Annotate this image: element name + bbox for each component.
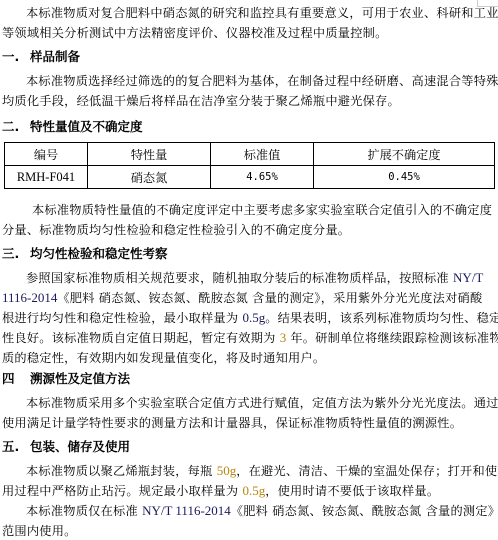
- intro-line-1: 本标准物质对复合肥料中硝态氮的研究和监控具有重要意义，可用于农业、科研和工业: [2, 3, 496, 23]
- section-3-line-3: 根进行均匀性和稳定性检验，最小取样量为 0.5g。结果表明，该系列标准物质均匀性…: [2, 308, 496, 328]
- section-1-heading: 一.样品制备: [2, 48, 80, 66]
- standard-reference: NY/T 1116-2014: [142, 503, 231, 518]
- table-header-cell: 标准值: [211, 143, 314, 166]
- section-2-line-1: 本标准物质特性量值的不确定度评定中主要考虑多家实验室联合定值引入的不确定度: [2, 200, 496, 220]
- section-1-paragraph: 本标准物质选择经过筛选的的复合肥料为基体，在制备过程中经研磨、高速混合等特殊 均…: [2, 71, 496, 111]
- section-5-line-1: 本标准物质以聚乙烯瓶封装，每瓶 50g，在避光、清洁、干燥的室温处保存；打开和使: [2, 461, 496, 481]
- section-5-line-3: 本标准物质仅在标准 NY/T 1116-2014《肥料 硝态氮、铵态氮、酰胺态氮…: [2, 501, 496, 521]
- section-2-paragraph: 本标准物质特性量值的不确定度评定中主要考虑多家实验室联合定值引入的不确定度 分量…: [2, 200, 496, 240]
- section-3-line-2: 1116-2014《肥料 硝态氮、铵态氮、酰胺态氮 含量的测定》，采用紫外分光光…: [2, 288, 496, 308]
- section-4-line-2: 使用满足计量学特性要求的测量方法和计量器具，保证标准物质特性量值的溯源性。: [2, 413, 496, 433]
- standard-reference: NY/T: [453, 270, 483, 285]
- section-3-line-1: 参照国家标准物质相关规范要求，随机抽取分装后的标准物质样品，按照标准 NY/T: [2, 268, 496, 288]
- bottle-weight: 50g: [217, 463, 237, 478]
- table-row: RMH-F041 硝态氮 4.65% 0.45%: [5, 166, 495, 189]
- section-1-number: 一.: [2, 48, 30, 66]
- section-1-line-1: 本标准物质选择经过筛选的的复合肥料为基体，在制备过程中经研磨、高速混合等特殊: [2, 71, 496, 91]
- section-5-line-4: 范围内使用。: [2, 521, 496, 540]
- section-1-line-2: 均质化手段，经低温干燥后将样品在洁净室分装于聚乙烯瓶中避光保存。: [2, 91, 496, 111]
- table-cell-code: RMH-F041: [5, 166, 88, 189]
- section-3-line-5: 质的稳定性，有效期内如发现量值变化，将及时通知用户。: [2, 348, 496, 368]
- table-header-cell: 特性量: [88, 143, 211, 166]
- table-cell-uncertainty: 0.45%: [314, 166, 495, 189]
- section-4-number: 四: [2, 370, 30, 388]
- standard-reference: 1116-2014: [2, 290, 57, 305]
- section-3-title: 均匀性检验和稳定性考察: [30, 246, 168, 261]
- min-sample-amount: 0.5g: [242, 483, 265, 498]
- section-3-number: 三.: [2, 245, 30, 263]
- table-header-cell: 扩展不确定度: [314, 143, 495, 166]
- section-5-title: 包装、储存及使用: [30, 439, 130, 454]
- table-header-cell: 编号: [5, 143, 88, 166]
- section-4-title: 溯源性及定值方法: [30, 371, 130, 386]
- section-1-title: 样品制备: [30, 49, 80, 64]
- section-3-heading: 三.均匀性检验和稳定性考察: [2, 245, 168, 263]
- section-4-line-1: 本标准物质采用多个实验室联合定值方式进行赋值，定值方法为紫外分光光度法。通过: [2, 393, 496, 413]
- section-4-paragraph: 本标准物质采用多个实验室联合定值方式进行赋值，定值方法为紫外分光光度法。通过 使…: [2, 393, 496, 433]
- characteristic-value-table: 编号 特性量 标准值 扩展不确定度 RMH-F041 硝态氮 4.65% 0.4…: [4, 142, 495, 189]
- section-5-paragraph: 本标准物质以聚乙烯瓶封装，每瓶 50g，在避光、清洁、干燥的室温处保存；打开和使…: [2, 461, 496, 540]
- section-2-number: 二.: [2, 118, 30, 136]
- section-2-line-2: 分量、标准物质均匀性检验和稳定性检验引入的不确定度分量。: [2, 220, 496, 240]
- section-4-heading: 四溯源性及定值方法: [2, 370, 130, 388]
- table-cell-property: 硝态氮: [88, 166, 211, 189]
- section-5-number: 五.: [2, 438, 30, 456]
- section-5-heading: 五.包装、储存及使用: [2, 438, 130, 456]
- section-5-line-2: 用过程中严格防止玷污。规定最小取样量为 0.5g，使用时请不要低于该取样量。: [2, 481, 496, 501]
- min-sample-amount: 0.5g: [242, 310, 265, 325]
- section-2-heading: 二.特性量值及不确定度: [2, 118, 143, 136]
- table-cell-standard-value: 4.65%: [211, 166, 314, 189]
- section-2-title: 特性量值及不确定度: [30, 119, 143, 134]
- section-3-paragraph: 参照国家标准物质相关规范要求，随机抽取分装后的标准物质样品，按照标准 NY/T …: [2, 268, 496, 368]
- table-header-row: 编号 特性量 标准值 扩展不确定度: [5, 143, 495, 166]
- intro-line-2: 等领域相关分析测试中方法精密度评价、仪器校准及过程中质量控制。: [2, 23, 496, 43]
- intro-paragraph: 本标准物质对复合肥料中硝态氮的研究和监控具有重要意义，可用于农业、科研和工业 等…: [2, 3, 496, 43]
- section-3-line-4: 性良好。该标准物质自定值日期起，暂定有效期为 3 年。研制单位将继续跟踪检测该标…: [2, 328, 496, 348]
